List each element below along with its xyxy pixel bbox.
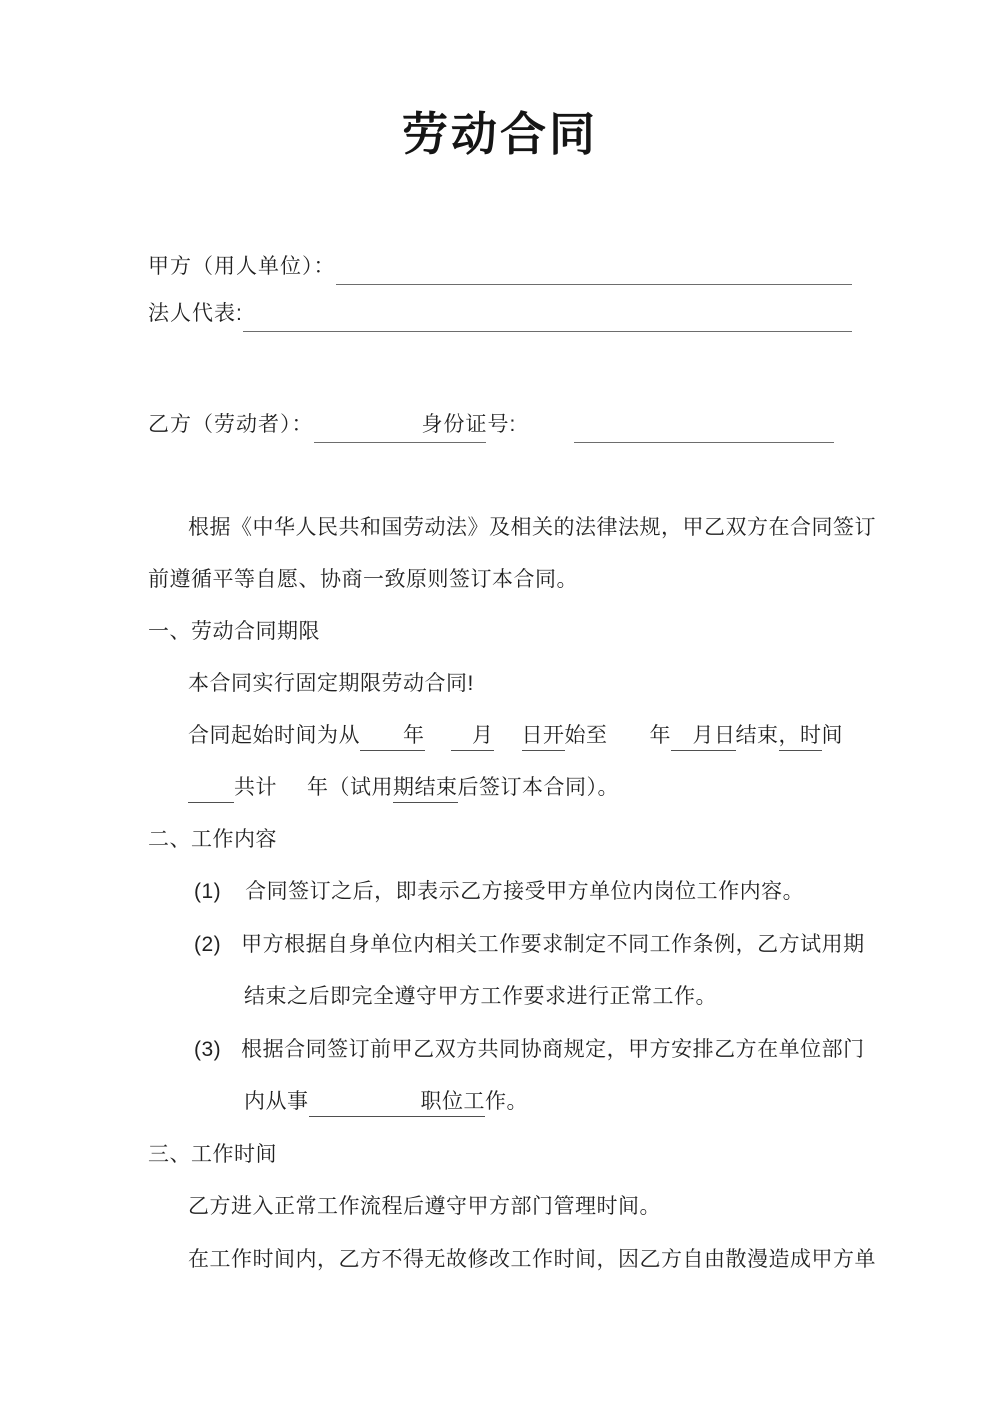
fill-blank-underline: 月: [451, 724, 494, 751]
text-run: 一、劳动合同期限: [148, 620, 320, 643]
text-run: 结束: [736, 724, 779, 747]
text-run: 甲方根据自身单位内相关工作要求制定不同工作条例，乙方试用期: [241, 933, 865, 956]
text-run: 年: [650, 724, 672, 747]
section-heading-2: 二、工作内容: [148, 825, 277, 855]
legal-rep-blank-underline: [243, 331, 852, 332]
legal-rep-label: 法人代表:: [148, 297, 243, 332]
term-line-1: 本合同实行固定期限劳动合同!: [188, 669, 474, 699]
text-run: 前遵循平等自愿、协商一致原则签订本合同。: [148, 568, 578, 591]
term-line-3: 共计年（试用期结束后签订本合同）。: [188, 773, 619, 803]
text-run: 内从事: [244, 1090, 309, 1113]
text-run: (3): [194, 1038, 221, 1061]
text-run: 结束之后即完全遵守甲方工作要求进行正常工作。: [244, 985, 717, 1008]
text-run: 根据合同签订前甲乙双方共同协商规定，甲方安排乙方在单位部门: [241, 1038, 865, 1061]
text-run: 根据《中华人民共和国劳动法》及相关的法律法规，甲乙双方在合同签订: [188, 516, 876, 539]
text-run: (1): [194, 880, 221, 903]
fill-blank-underline: 期结束: [393, 776, 458, 803]
fill-blank-underline: [188, 794, 234, 803]
content-item-2-line-1: (2)甲方根据自身单位内相关工作要求制定不同工作条例，乙方试用期: [194, 930, 865, 960]
fill-blank-underline: ，时: [779, 724, 822, 751]
text-run: 合同起始时间为从: [188, 724, 360, 747]
content-item-1: (1)合同签订之后，即表示乙方接受甲方单位内岗位工作内容。: [194, 877, 804, 907]
text-run: 始至: [565, 724, 608, 747]
fill-blank-underline: [309, 1108, 421, 1117]
document-title: 劳动合同: [0, 98, 1000, 164]
text-run: 年（试用: [307, 776, 393, 799]
content-item-3-line-2: 内从事职位工作。: [244, 1087, 528, 1117]
text-run: 在工作时间内，乙方不得无故修改工作时间，因乙方自由散漫造成甲方单: [188, 1248, 876, 1271]
party-a-row: 甲方（用人单位）：: [148, 251, 852, 285]
fill-blank-underline: 月日: [671, 724, 736, 751]
text-run: 间: [822, 724, 844, 747]
text-run: 共计: [234, 776, 277, 799]
id-number-blank-underline: [574, 442, 834, 443]
party-b-label: 乙方（劳动者）：: [148, 408, 314, 443]
text-run: 本合同实行固定期限劳动合同!: [188, 672, 474, 695]
legal-rep-row: 法人代表:: [148, 298, 852, 332]
party-a-blank-underline: [336, 284, 853, 285]
text-run: 后签订本合同）。: [458, 776, 620, 799]
party-b-row: 乙方（劳动者）： 身份证号:: [148, 409, 852, 443]
text-run: 作。: [485, 1090, 528, 1113]
text-run: 三、工作时间: [148, 1143, 277, 1166]
text-run: 乙方进入正常工作流程后遵守甲方部门管理时间。: [188, 1195, 661, 1218]
section-heading-1: 一、劳动合同期限: [148, 617, 320, 647]
worktime-line-1: 乙方进入正常工作流程后遵守甲方部门管理时间。: [188, 1192, 661, 1222]
text-run: 合同签订之后，即表示乙方接受甲方单位内岗位工作内容。: [245, 880, 804, 903]
term-line-2: 合同起始时间为从 年 月日开始至年 月日结束，时间: [188, 721, 843, 751]
fill-blank-underline: 职位工: [421, 1090, 486, 1117]
fill-blank-underline: 年: [360, 724, 425, 751]
fill-blank-underline: 日开: [522, 724, 565, 751]
content-item-2-line-2: 结束之后即完全遵守甲方工作要求进行正常工作。: [244, 982, 717, 1012]
intro-line-2: 前遵循平等自愿、协商一致原则签订本合同。: [148, 565, 578, 595]
text-run: (2): [194, 933, 221, 956]
document-page: 劳动合同 甲方（用人单位）： 法人代表: 乙方（劳动者）： 身份证号: 根据《中…: [0, 0, 1000, 1415]
content-item-3-line-1: (3)根据合同签订前甲乙双方共同协商规定，甲方安排乙方在单位部门: [194, 1035, 865, 1065]
intro-line-1: 根据《中华人民共和国劳动法》及相关的法律法规，甲乙双方在合同签订: [188, 513, 876, 543]
id-number-label: 身份证号:: [422, 408, 517, 443]
section-heading-3: 三、工作时间: [148, 1140, 277, 1170]
party-a-label: 甲方（用人单位）：: [148, 250, 336, 285]
text-run: 二、工作内容: [148, 828, 277, 851]
worktime-line-2: 在工作时间内，乙方不得无故修改工作时间，因乙方自由散漫造成甲方单: [188, 1245, 876, 1275]
